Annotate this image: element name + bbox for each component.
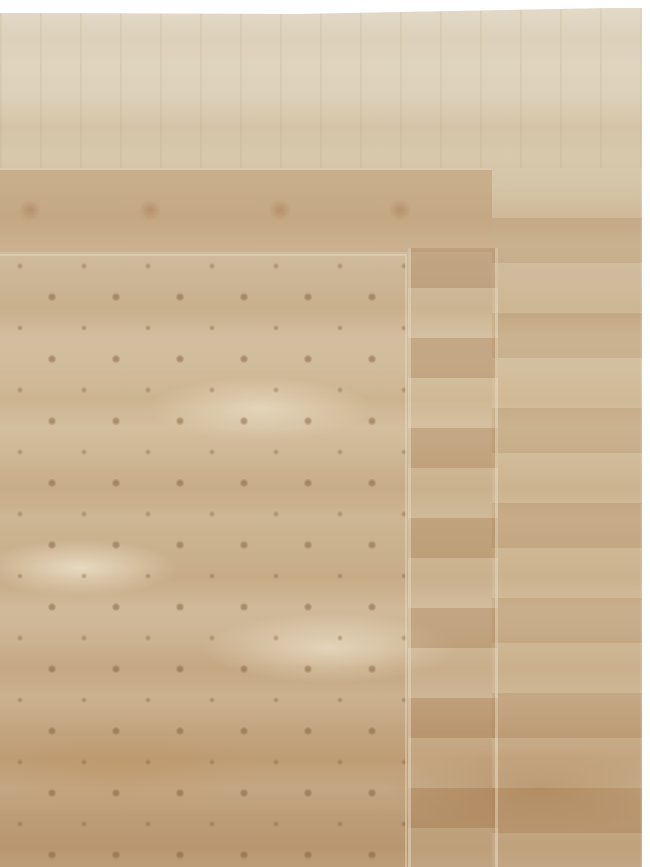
rug-photo: [0, 8, 642, 867]
rug-border-band-horizontal: [0, 168, 492, 252]
rug-border-band-vertical: [408, 248, 498, 867]
rug-main-field: [0, 254, 407, 867]
background-edge: [640, 0, 650, 867]
rug-side-guard: [492, 168, 642, 867]
rug-outer-field: [0, 8, 642, 168]
